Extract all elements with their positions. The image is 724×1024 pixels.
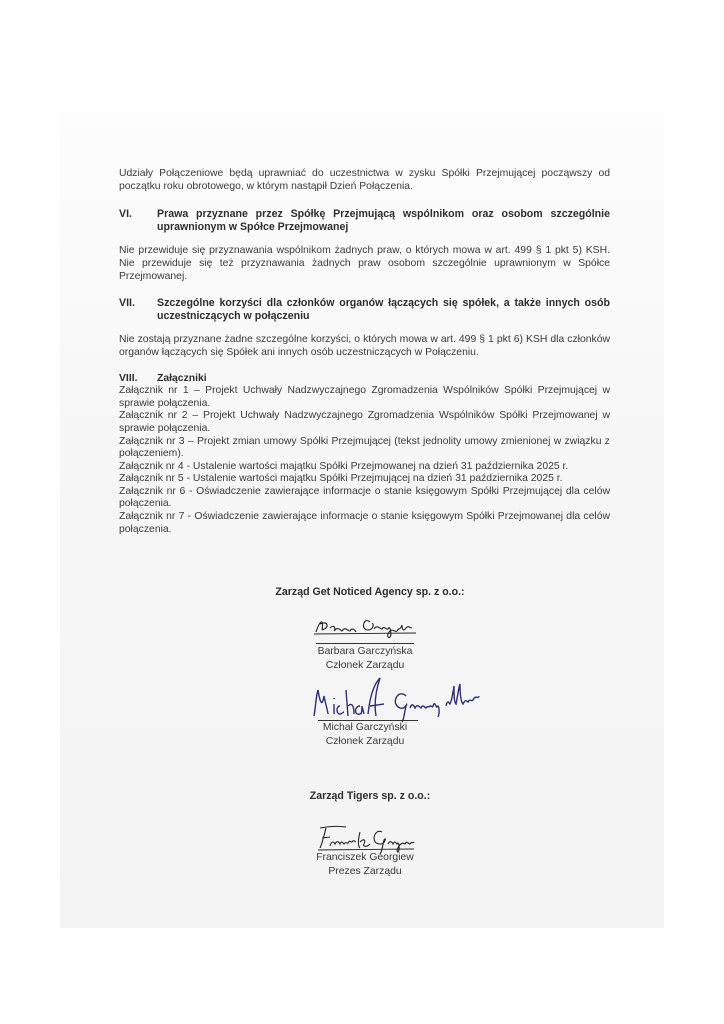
section-body-vi: Nie przewiduje się przyznawania wspólnik…	[119, 245, 610, 283]
signer-role: Prezes Zarządu	[290, 865, 440, 879]
signature-barbara	[312, 612, 422, 638]
section-number: VII.	[119, 297, 157, 322]
attachment-item: Załącznik nr 1 – Projekt Uchwały Nadzwyc…	[119, 385, 610, 410]
signer-michal: Michał Garczyński Członek Zarządu	[300, 721, 430, 749]
section-heading-vi: VI. Prawa przyznane przez Spółkę Przejmu…	[119, 208, 610, 233]
section-title: Szczególne korzyści dla członków organów…	[157, 297, 610, 322]
section-title: Prawa przyznane przez Spółkę Przejmującą…	[157, 208, 610, 233]
board-title-get-noticed: Zarząd Get Noticed Agency sp. z o.o.:	[220, 586, 520, 598]
section-heading-viii: VIII. Załączniki	[119, 373, 610, 386]
document-page: Udziały Połączeniowe będą uprawniać do u…	[119, 168, 610, 536]
attachment-item: Załącznik nr 3 – Projekt zmian umowy Spó…	[119, 436, 610, 461]
attachment-item: Załącznik nr 5 - Ustalenie wartości mają…	[119, 473, 610, 486]
section-title: Załączniki	[157, 373, 207, 386]
attachment-item: Załącznik nr 2 – Projekt Uchwały Nadzwyc…	[119, 410, 610, 435]
attachment-item: Załącznik nr 7 - Oświadczenie zawierając…	[119, 511, 610, 536]
signer-name: Michał Garczyński	[300, 721, 430, 735]
signer-role: Członek Zarządu	[300, 735, 430, 749]
board-title-tigers: Zarząd Tigers sp. z o.o.:	[220, 790, 520, 802]
signer-barbara: Barbara Garczyńska Członek Zarządu	[300, 645, 430, 673]
signature-michal	[310, 676, 500, 724]
signature-line	[316, 643, 414, 644]
section-heading-vii: VII. Szczególne korzyści dla członków or…	[119, 297, 610, 322]
signer-role: Członek Zarządu	[300, 659, 430, 673]
signer-franciszek: Franciszek Georgiew Prezes Zarządu	[290, 851, 440, 879]
intro-paragraph: Udziały Połączeniowe będą uprawniać do u…	[119, 168, 610, 193]
signer-name: Franciszek Georgiew	[290, 851, 440, 865]
attachment-item: Załącznik nr 4 - Ustalenie wartości mają…	[119, 461, 610, 474]
section-body-vii: Nie zostają przyznane żadne szczególne k…	[119, 334, 610, 359]
signer-name: Barbara Garczyńska	[300, 645, 430, 659]
section-number: VIII.	[119, 373, 157, 386]
attachment-item: Załącznik nr 6 - Oświadczenie zawierając…	[119, 486, 610, 511]
section-number: VI.	[119, 208, 157, 233]
